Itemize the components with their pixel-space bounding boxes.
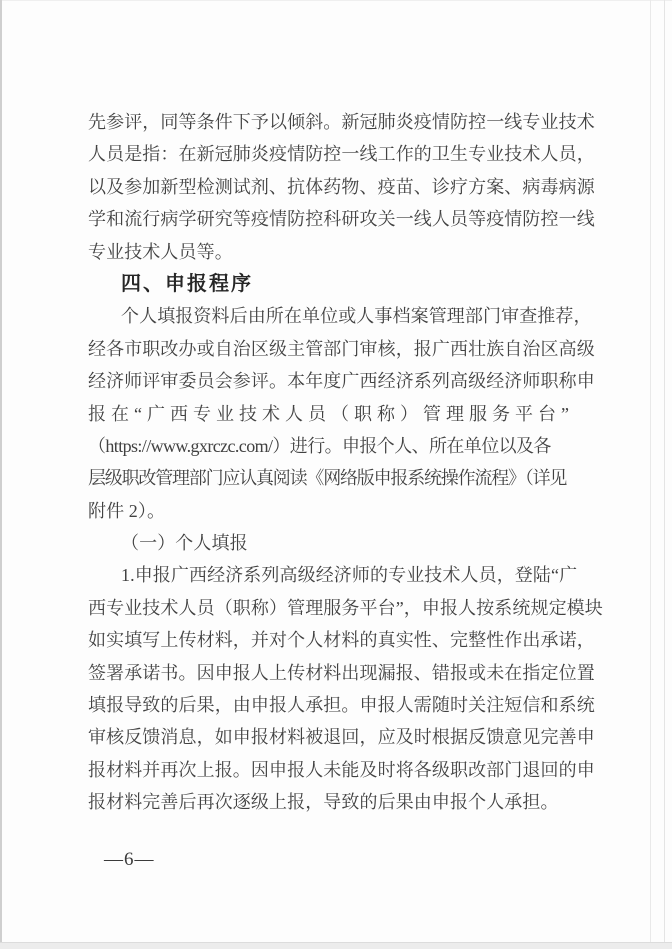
scan-edge-right-inner xyxy=(650,0,651,949)
body-line: 经济师评审委员会参评。本年度广西经济系列高级经济师职称申 xyxy=(88,365,600,397)
body-line: 报材料并再次上报。因申报人未能及时将各级职改部门退回的申 xyxy=(88,754,600,786)
body-line: 人员是指：在新冠肺炎疫情防控一线工作的卫生专业技术人员， xyxy=(88,138,600,170)
body-line: 签署承诺书。因申报人上传材料出现漏报、错报或未在指定位置 xyxy=(88,657,600,689)
subsection-heading: （一）个人填报 xyxy=(88,527,600,559)
body-line: 以及参加新型检测试剂、抗体药物、疫苗、诊疗方案、病毒病源 xyxy=(88,171,600,203)
scan-edge-right-outer xyxy=(664,0,665,949)
body-line: 西专业技术人员（职称）管理服务平台”，申报人按系统规定模块 xyxy=(88,592,600,624)
scan-edge-left xyxy=(0,0,2,949)
body-line-url: （https://www.gxrczc.com/）进行。申报个人、所在单位以及各 xyxy=(88,430,600,462)
body-line: 个人填报资料后由所在单位或人事档案管理部门审查推荐， xyxy=(88,300,600,332)
body-line: 先参评，同等条件下予以倾斜。新冠肺炎疫情防控一线专业技术 xyxy=(88,106,600,138)
body-line: 填报导致的后果，由申报人承担。申报人需随时关注短信和系统 xyxy=(88,689,600,721)
page-number: —6— xyxy=(104,849,155,871)
document-body: 先参评，同等条件下予以倾斜。新冠肺炎疫情防控一线专业技术 人员是指：在新冠肺炎疫… xyxy=(88,106,600,819)
body-line: 1.申报广西经济系列高级经济师的专业技术人员，登陆“广 xyxy=(88,559,600,591)
body-line: 报材料完善后再次逐级上报，导致的后果由申报个人承担。 xyxy=(88,786,600,818)
body-line: 附件 2）。 xyxy=(88,495,600,527)
scan-edge-top xyxy=(0,0,672,1)
body-line: 经各市职改办或自治区级主管部门审核，报广西壮族自治区高级 xyxy=(88,333,600,365)
body-line: 审核反馈消息，如申报材料被退回，应及时根据反馈意见完善申 xyxy=(88,721,600,753)
body-line: 专业技术人员等。 xyxy=(88,236,600,268)
body-line: 学和流行病学研究等疫情防控科研攻关一线人员等疫情防控一线 xyxy=(88,203,600,235)
document-page: 先参评，同等条件下予以倾斜。新冠肺炎疫情防控一线专业技术 人员是指：在新冠肺炎疫… xyxy=(0,0,672,949)
scan-edge-bottom xyxy=(0,942,672,949)
body-line: 如实填写上传材料，并对个人材料的真实性、完整性作出承诺， xyxy=(88,624,600,656)
body-line-justified: 报在“广西专业技术人员（职称）管理服务平台” xyxy=(88,398,600,430)
body-line: 层级职改管理部门应认真阅读《网络版申报系统操作流程》（详见 xyxy=(88,462,600,494)
section-heading: 四、申报程序 xyxy=(88,268,600,300)
